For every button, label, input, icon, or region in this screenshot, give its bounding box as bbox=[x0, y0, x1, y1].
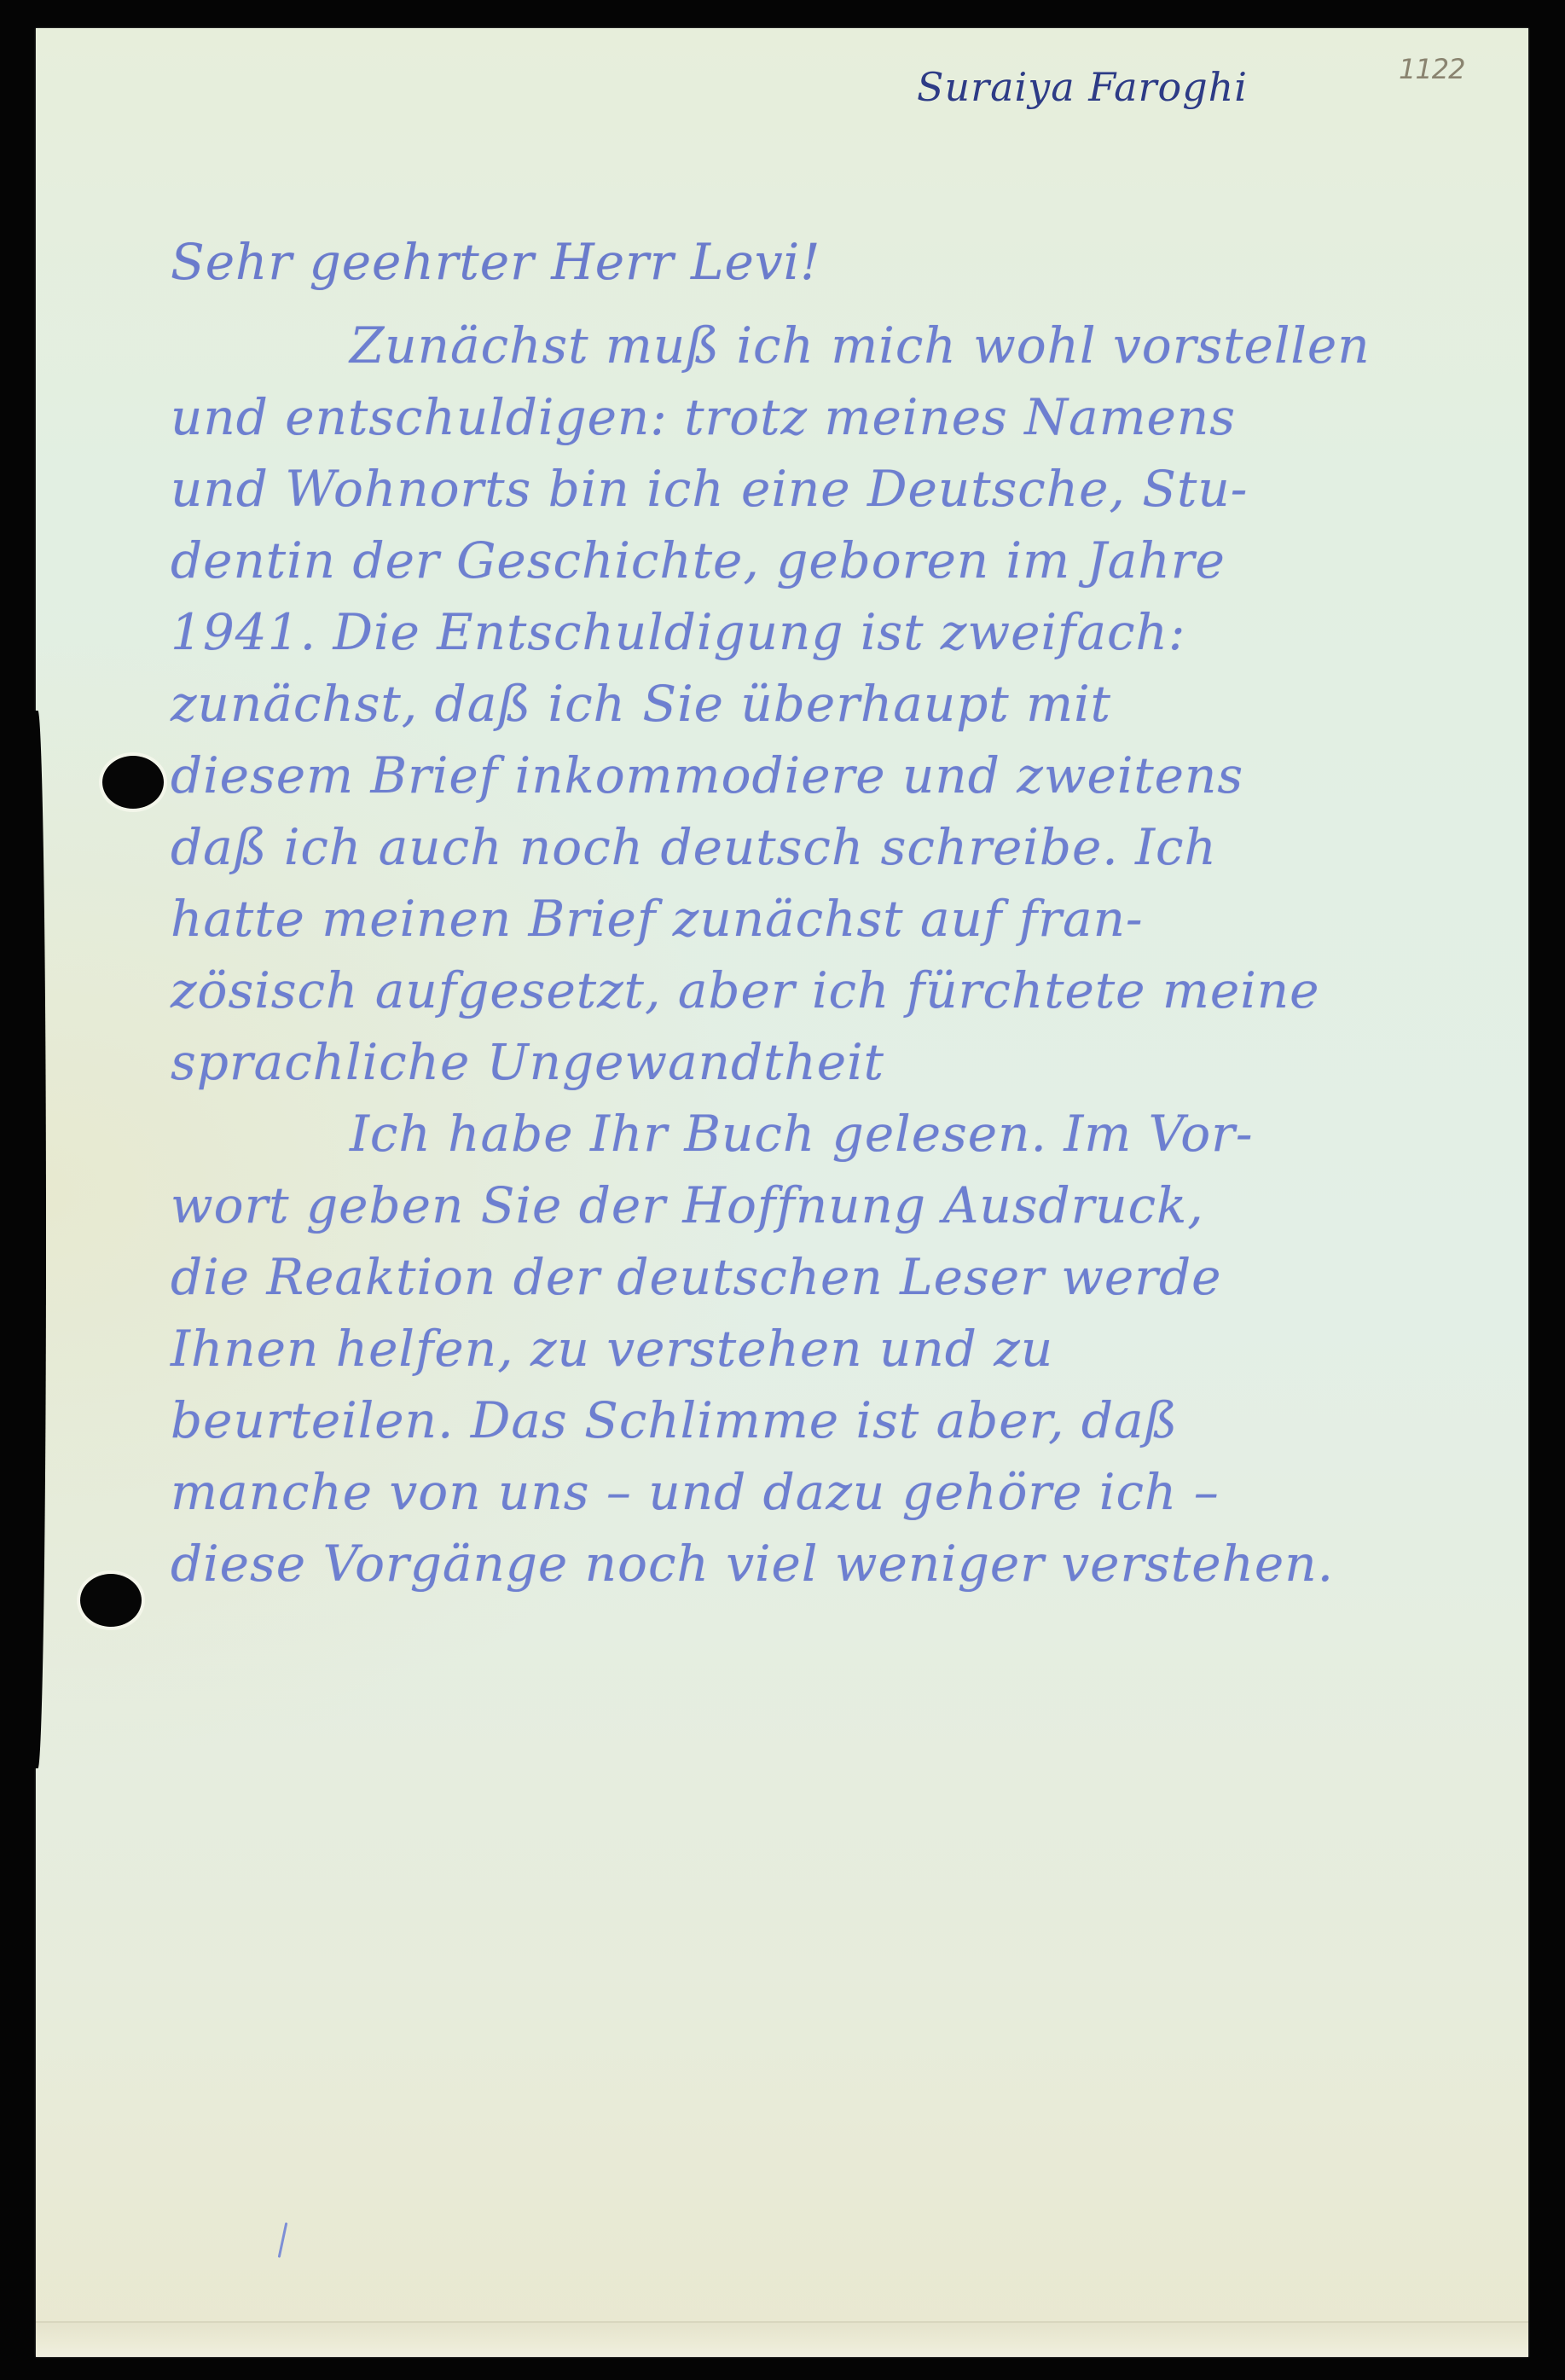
letter-line: sprachliche Ungewandtheit bbox=[171, 1026, 1501, 1098]
paper-bottom-edge bbox=[36, 2321, 1528, 2357]
archive-number: 1122 bbox=[1399, 53, 1464, 85]
letter-line: wort geben Sie der Hoffnung Ausdruck, bbox=[171, 1170, 1501, 1241]
letter-line: diesem Brief inkommodiere und zweitens bbox=[171, 740, 1501, 811]
letter-line: dentin der Geschichte, geboren im Jahre bbox=[171, 525, 1501, 596]
punch-hole-top bbox=[102, 756, 164, 809]
letter-line: 1941. Die Entschuldigung ist zweifach: bbox=[171, 596, 1501, 668]
letter-line: und entschuldigen: trotz meines Namens bbox=[171, 381, 1501, 453]
letter-line: manche von uns – und dazu gehöre ich – bbox=[171, 1456, 1501, 1528]
letter-body: Sehr geehrter Herr Levi! Zunächst muß ic… bbox=[171, 226, 1501, 1599]
letter-line: daß ich auch noch deutsch schreibe. Ich bbox=[171, 811, 1501, 883]
letter-line: Ich habe Ihr Buch gelesen. Im Vor- bbox=[171, 1098, 1501, 1170]
letter-line: und Wohnorts bin ich eine Deutsche, Stu- bbox=[171, 453, 1501, 525]
letter-line: Ihnen helfen, zu verstehen und zu bbox=[171, 1313, 1501, 1384]
sender-name-annotation: Suraiya Faroghi bbox=[917, 64, 1248, 110]
punch-hole-bottom bbox=[80, 1574, 142, 1627]
salutation: Sehr geehrter Herr Levi! bbox=[171, 226, 1501, 298]
letter-line: beurteilen. Das Schlimme ist aber, daß bbox=[171, 1384, 1501, 1456]
letter-line: hatte meinen Brief zunächst auf fran- bbox=[171, 883, 1501, 955]
letter-line: zunächst, daß ich Sie überhaupt mit bbox=[171, 668, 1501, 740]
letter-line: die Reaktion der deutschen Leser werde bbox=[171, 1241, 1501, 1313]
paper-edge-notch bbox=[26, 711, 46, 1768]
letter-line: diese Vorgänge noch viel weniger versteh… bbox=[171, 1528, 1501, 1599]
letter-line: Zunächst muß ich mich wohl vorstellen bbox=[171, 310, 1501, 381]
letter-line: zösisch aufgesetzt, aber ich fürchtete m… bbox=[171, 955, 1501, 1026]
